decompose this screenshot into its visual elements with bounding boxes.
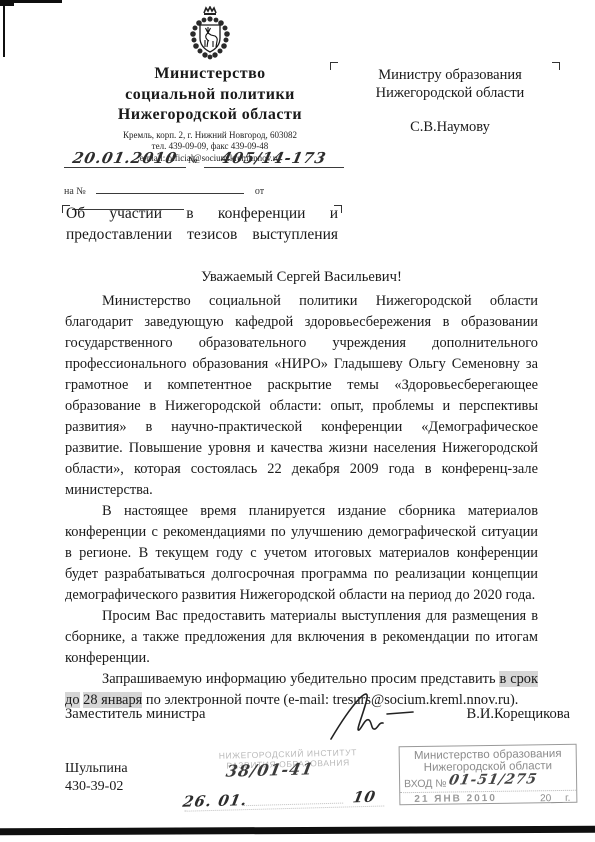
niro-stamp-dotted-line xyxy=(243,803,343,807)
body-paragraph: В настоящее время планируется издание сб… xyxy=(65,501,538,606)
recipient-line: Министру образования xyxy=(342,66,558,84)
signer-position: Заместитель министра xyxy=(65,706,205,723)
niro-handwritten-year: 10 xyxy=(351,788,377,807)
handwritten-number: 405/14-173 xyxy=(219,149,328,167)
reply-from-label: от xyxy=(255,186,264,197)
ministry-name-line: социальной политики xyxy=(62,85,358,106)
reply-prefix: на № xyxy=(64,186,86,197)
recipient-name: С.В.Наумову xyxy=(342,118,558,136)
body-paragraph: Министерство социальной политики Нижегор… xyxy=(65,291,538,501)
incoming-entry-label: ВХОД № xyxy=(404,778,447,791)
body-text-segment: Запрашиваемую информацию убедительно про… xyxy=(102,671,499,687)
ministry-name-line: Нижегородской области xyxy=(62,105,358,126)
niro-handwritten-date: 26. 01. xyxy=(181,791,249,811)
signer-name: В.И.Корещикова xyxy=(466,706,570,723)
recipient-line: Нижегородской области xyxy=(342,84,558,102)
reply-number-blank xyxy=(96,181,244,194)
recipient-corner-mark xyxy=(330,62,338,70)
recipient-block: Министру образования Нижегородской облас… xyxy=(342,66,558,136)
incoming-date-row: 21 ЯНВ 2010 20__ г. xyxy=(400,790,576,805)
incoming-year-suffix: 20__ г. xyxy=(540,793,570,804)
outgoing-date-field: 20.01.2010 xyxy=(64,149,186,168)
body-paragraph: Просим Вас предоставить материалы выступ… xyxy=(65,606,538,669)
niro-handwritten-number: 38/01-41 xyxy=(225,759,316,780)
handwritten-signature-icon xyxy=(325,684,435,744)
executor-phone: 430-39-02 xyxy=(65,778,128,796)
body-paragraph: Запрашиваемую информацию убедительно про… xyxy=(65,669,538,711)
incoming-entry-number-handwritten: 01-51/275 xyxy=(448,771,539,788)
handwritten-date: 20.01.2010 xyxy=(71,149,179,167)
ministry-name-line: Министерство xyxy=(62,64,358,85)
number-sign: № xyxy=(188,155,198,166)
outgoing-reference-line: 20.01.2010№405/14-173 xyxy=(64,149,364,168)
salutation: Уважаемый Сергей Васильевич! xyxy=(65,269,538,286)
incoming-registration-stamp: Министерство образования Нижегородской о… xyxy=(399,744,578,805)
scan-artifact-bottom-line xyxy=(0,826,595,836)
letter-body: Министерство социальной политики Нижегор… xyxy=(65,291,538,711)
scanned-letter-page: Министерство социальной политики Нижегор… xyxy=(0,0,595,842)
incoming-date-stamp: 21 ЯНВ 2010 xyxy=(414,793,497,805)
letterhead: Министерство социальной политики Нижегор… xyxy=(62,6,358,164)
incoming-entry-line: ВХОД № 01-51/275 xyxy=(400,773,576,791)
outgoing-number-field: 405/14-173 xyxy=(204,149,344,168)
niro-incoming-stamp: НИЖЕГОРОДСКИЙ ИНСТИТУТ РАЗВИТИЯ ОБРАЗОВА… xyxy=(188,747,388,771)
coat-of-arms-deer-icon xyxy=(187,6,233,62)
executor-block: Шульпина 430-39-02 xyxy=(65,760,128,796)
scan-artifact-left-line xyxy=(3,0,5,57)
letterhead-address: Кремль, корп. 2, г. Нижний Новгород, 603… xyxy=(62,130,358,142)
subject-block: Об участии в конференции и предоставлени… xyxy=(66,203,338,266)
executor-name: Шульпина xyxy=(65,760,128,778)
